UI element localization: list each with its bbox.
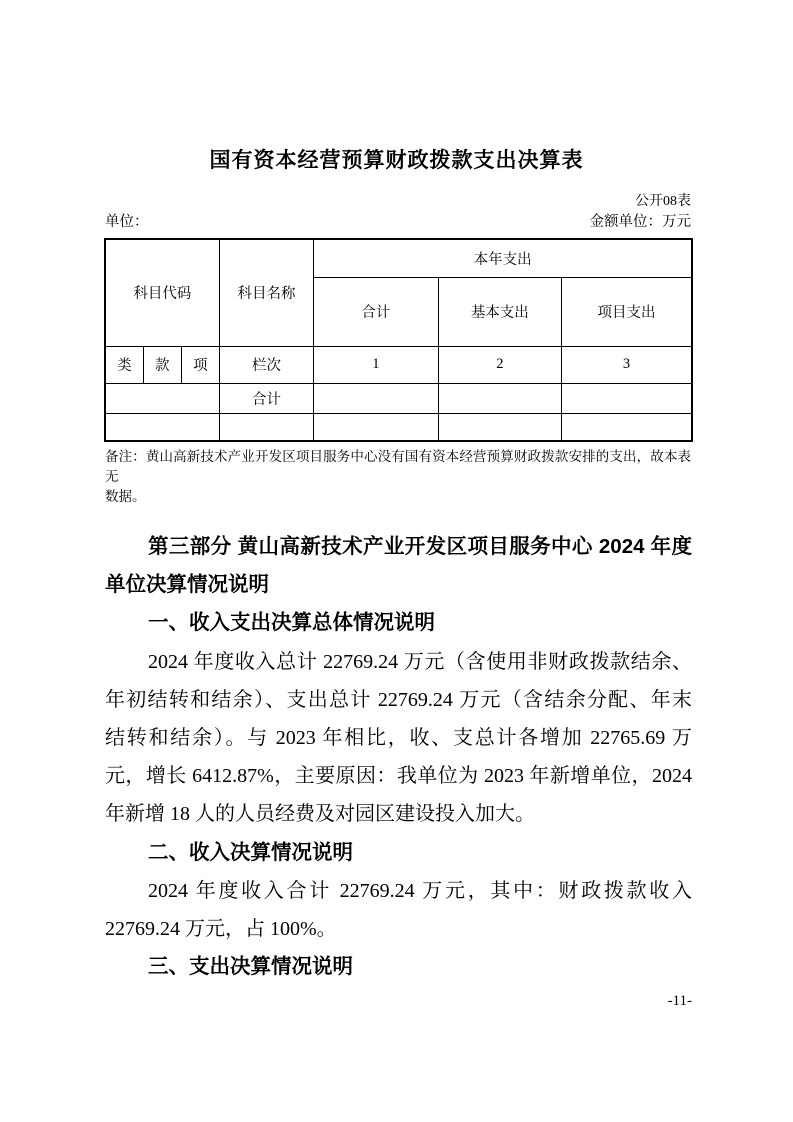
total-row-basic <box>438 383 561 413</box>
section1-paragraph-line: 2024 年度收入总计 22769.24 万元（含使用非财政拨款结余、 <box>105 643 692 681</box>
index-col-1: 1 <box>314 346 438 383</box>
table-note-line: 数据。 <box>105 487 691 507</box>
total-row-total <box>314 383 438 413</box>
document-title: 国有资本经营预算财政拨款支出决算表 <box>0 147 793 175</box>
section1-paragraph-line: 元，增长 6412.87%，主要原因：我单位为 2023 年新增单位，2024 <box>105 757 692 795</box>
unit-label: 单位： <box>105 212 149 232</box>
index-col-3: 3 <box>562 346 692 383</box>
table-row: 科目代码 科目名称 本年支出 <box>105 239 692 277</box>
section1-paragraph-line: 年初结转和结余）、支出总计 22769.24 万元（含结余分配、年末 <box>105 681 692 719</box>
empty-row-total <box>314 413 438 441</box>
header-basic-expenditure: 基本支出 <box>438 277 561 346</box>
document-page: 国有资本经营预算财政拨款支出决算表 公开08表 单位： 金额单位：万元 科目代码… <box>0 0 793 1122</box>
page-number: -11- <box>105 991 692 1011</box>
part3-heading-line-2: 单位决算情况说明 <box>105 566 692 604</box>
public-table-label: 公开08表 <box>105 193 691 211</box>
section1-heading: 一、收入支出决算总体情况说明 <box>105 604 692 642</box>
amount-unit-label: 金额单位：万元 <box>590 212 692 232</box>
empty-row-code <box>105 413 219 441</box>
expenditure-table: 科目代码 科目名称 本年支出 合计 基本支出 项目支出 类 款 项 栏次 1 2… <box>104 238 693 442</box>
empty-row-project <box>562 413 692 441</box>
index-col-2: 2 <box>438 346 561 383</box>
code-section: 款 <box>143 346 181 383</box>
section1-paragraph-line: 结转和结余）。与 2023 年相比，收、支总计各增加 22765.69 万 <box>105 719 692 757</box>
header-subject-name: 科目名称 <box>219 239 313 346</box>
header-current-year-expenditure: 本年支出 <box>314 239 692 277</box>
total-row-code <box>105 383 219 413</box>
section2-paragraph-line: 2024 年度收入合计 22769.24 万元，其中：财政拨款收入 <box>105 872 692 910</box>
total-row-project <box>562 383 692 413</box>
total-row-name: 合计 <box>219 383 313 413</box>
section2-paragraph-line: 22769.24 万元，占 100%。 <box>105 910 692 948</box>
section1-paragraph-line: 年新增 18 人的人员经费及对园区建设投入加大。 <box>105 795 692 833</box>
header-project-expenditure: 项目支出 <box>562 277 692 346</box>
table-note: 备注：黄山高新技术产业开发区项目服务中心没有国有资本经营预算财政拨款安排的支出，… <box>105 447 691 507</box>
index-row-label: 栏次 <box>219 346 313 383</box>
empty-row-basic <box>438 413 561 441</box>
part3-text: 第三部分 黄山高新技术产业开发区项目服务中心 2024 年度 单位决算情况说明 … <box>105 528 692 986</box>
header-total: 合计 <box>314 277 438 346</box>
section3-heading: 三、支出决算情况说明 <box>105 948 692 986</box>
header-subject-code: 科目代码 <box>105 239 219 346</box>
table-row-column-index: 类 款 项 栏次 1 2 3 <box>105 346 692 383</box>
table-row-empty <box>105 413 692 441</box>
part3-heading-line-1: 第三部分 黄山高新技术产业开发区项目服务中心 2024 年度 <box>105 528 692 566</box>
code-item: 项 <box>181 346 219 383</box>
table-note-line: 备注：黄山高新技术产业开发区项目服务中心没有国有资本经营预算财政拨款安排的支出，… <box>105 447 691 487</box>
section2-heading: 二、收入决算情况说明 <box>105 834 692 872</box>
table-row-total: 合计 <box>105 383 692 413</box>
units-row: 单位： 金额单位：万元 <box>105 212 691 232</box>
code-category: 类 <box>105 346 143 383</box>
empty-row-name <box>219 413 313 441</box>
